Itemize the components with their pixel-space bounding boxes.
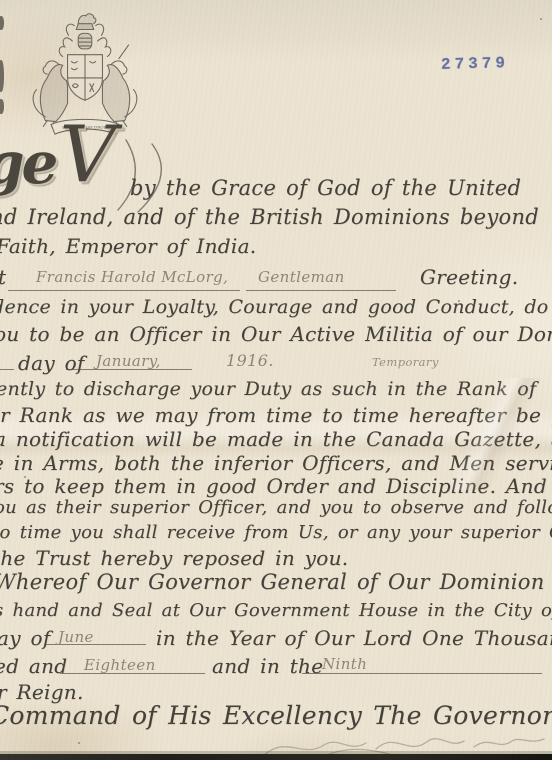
commission-text-line-2: nd Ireland, and of the British Dominions… — [0, 205, 539, 229]
commission-text-line-19-prefix: ed and — [0, 654, 67, 678]
paper-speck — [78, 742, 80, 744]
paper-speck — [24, 476, 26, 478]
commission-text-line-5: dence in your Loyalty, Courage and good … — [0, 296, 552, 318]
commission-text-line-1: by the Grace of God of the United — [130, 176, 521, 200]
monogram-flourish — [104, 134, 176, 216]
blank-underline-day — [0, 369, 14, 370]
commission-text-line-4-prefix: t — [0, 265, 6, 289]
commission-text-line-16: Whereof Our Governor General of Our Domi… — [0, 570, 552, 594]
commission-text-line-19-mid: and in the — [212, 654, 323, 678]
scanned-commission-document: DIEU ET MON DROIT 27379 ge V by the Grac… — [0, 0, 552, 760]
commission-text-line-9: er Rank as we may from time to time here… — [0, 403, 552, 427]
handwritten-month: January, — [96, 352, 161, 370]
commission-text-line-12: rs to keep them in good Order and Discip… — [0, 474, 552, 498]
scan-edge-smudge — [0, 60, 4, 92]
handwritten-year: 1916. — [226, 351, 274, 370]
handwritten-officer-name: Francis Harold McLorg, — [36, 268, 228, 286]
commission-text-line-21: Command of His Excellency The Governor G… — [0, 701, 552, 730]
commission-text-line-3: Faith, Emperor of India. — [0, 234, 256, 258]
handwritten-regnal-year: Ninth — [322, 655, 367, 673]
commission-text-line-13: ou as their superior Officer, and you to… — [0, 497, 552, 518]
commission-text-line-11: e in Arms, both the inferior Officers, a… — [0, 451, 552, 475]
commission-text-day-of: day of — [18, 351, 85, 375]
handwritten-station: Gentleman — [258, 268, 345, 286]
commission-text-line-6: ou to be an Officer in Our Active Militi… — [0, 322, 552, 346]
commission-text-line-17: s hand and Seal at Our Government House … — [0, 600, 552, 621]
paper-speck — [458, 300, 460, 302]
commission-text-line-18-suffix: in the Year of Our Lord One Thousand — [156, 626, 552, 650]
commission-text-line-15: the Trust hereby reposed in you. — [0, 546, 348, 570]
commission-text-line-14: to time you shall receive from Us, or an… — [0, 522, 552, 543]
blank-underline-regnal-year — [302, 673, 542, 674]
commission-text-line-10: a notification will be made in the Canad… — [0, 427, 552, 451]
scan-edge-shadow — [0, 754, 552, 760]
scan-edge-smudge — [0, 16, 4, 30]
registry-number-stamp: 27379 — [441, 54, 509, 74]
commission-text-greeting: Greeting. — [420, 265, 518, 289]
blank-underline-station — [246, 290, 396, 291]
royal-monogram: ge V — [0, 120, 116, 192]
monogram-letters: ge — [0, 134, 55, 192]
commission-text-line-18-prefix: ay of — [0, 626, 51, 650]
handwritten-month-2: June — [58, 628, 94, 646]
handwritten-year-word: Eighteen — [84, 656, 156, 674]
commission-text-line-8: ently to discharge your Duty as such in … — [0, 378, 536, 400]
handwritten-temporary-annotation: Temporary — [372, 355, 439, 369]
blank-underline-name — [8, 290, 240, 291]
paper-speck — [540, 18, 542, 20]
scan-edge-smudge — [0, 99, 4, 114]
